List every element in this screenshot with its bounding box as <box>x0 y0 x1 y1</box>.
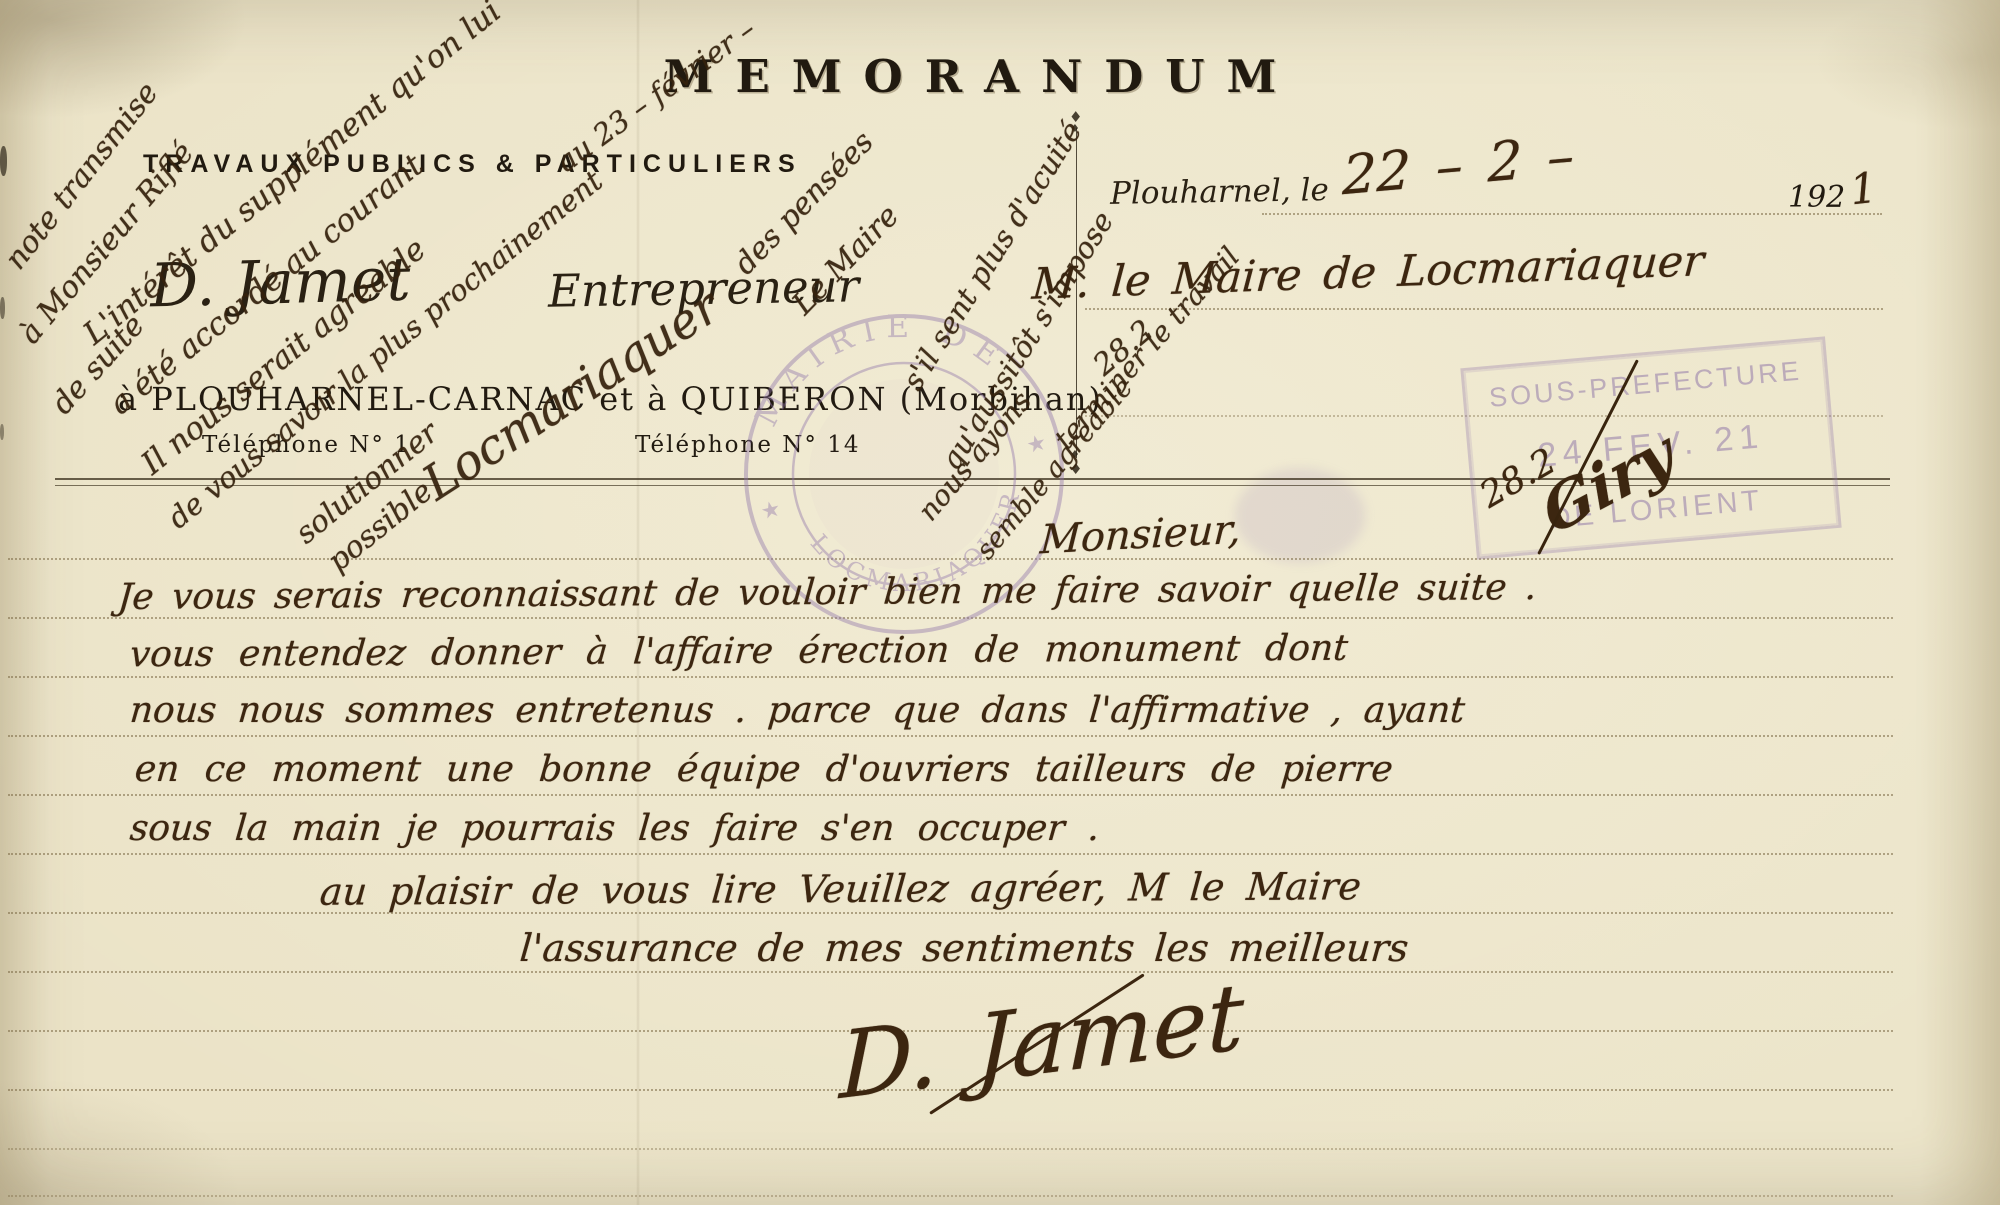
dateline-year-printed: 192 <box>1788 180 1845 215</box>
body-line: au plaisir de vous lire Veuillez agréer,… <box>318 864 1363 913</box>
ruled-line <box>8 971 1893 973</box>
body-line: sous la main je pourrais les faire s'en … <box>128 808 1101 849</box>
letterhead-subtitle: TRAVAUX PUBLICS & PARTICULIERS <box>143 150 802 179</box>
body-line: nous nous sommes entretenus . parce que … <box>128 690 1466 731</box>
ruled-line <box>8 676 1893 678</box>
salutation: Monsieur, <box>1039 507 1242 564</box>
body-line: en ce moment une bonne équipe d'ouvriers… <box>133 749 1394 790</box>
scan-edge-mark <box>0 424 4 440</box>
recipient-line: M. le Maire de Locmariaquer <box>1030 236 1705 310</box>
ruled-line <box>8 853 1893 855</box>
body-line: vous entendez donner à l'affaire érectio… <box>128 628 1349 675</box>
stamp-star-icon: ★ <box>758 496 783 525</box>
ruled-line <box>8 912 1893 914</box>
dateline-place-label: Plouharnel, le <box>1110 172 1329 212</box>
memorandum-scan-page: MEMORANDUM TRAVAUX PUBLICS & PARTICULIER… <box>0 0 2000 1205</box>
prefecture-stamp-line1: SOUS-PREFECTURE <box>1488 355 1803 413</box>
dateline-year-handwritten: 1 <box>1848 163 1880 215</box>
body-line: l'assurance de mes sentiments les meille… <box>518 926 1410 970</box>
ruled-line <box>8 1195 1893 1197</box>
dateline-handwritten-date: 22 – 2 – <box>1342 124 1575 208</box>
scan-edge-mark <box>0 146 7 176</box>
body-line: Je vous serais reconnaissant de vouloir … <box>116 567 1538 618</box>
ruled-line <box>8 794 1893 796</box>
ruled-line <box>8 1148 1893 1150</box>
ruled-line <box>8 735 1893 737</box>
scan-edge-mark <box>0 297 5 319</box>
memorandum-title: MEMORANDUM <box>664 50 1299 103</box>
